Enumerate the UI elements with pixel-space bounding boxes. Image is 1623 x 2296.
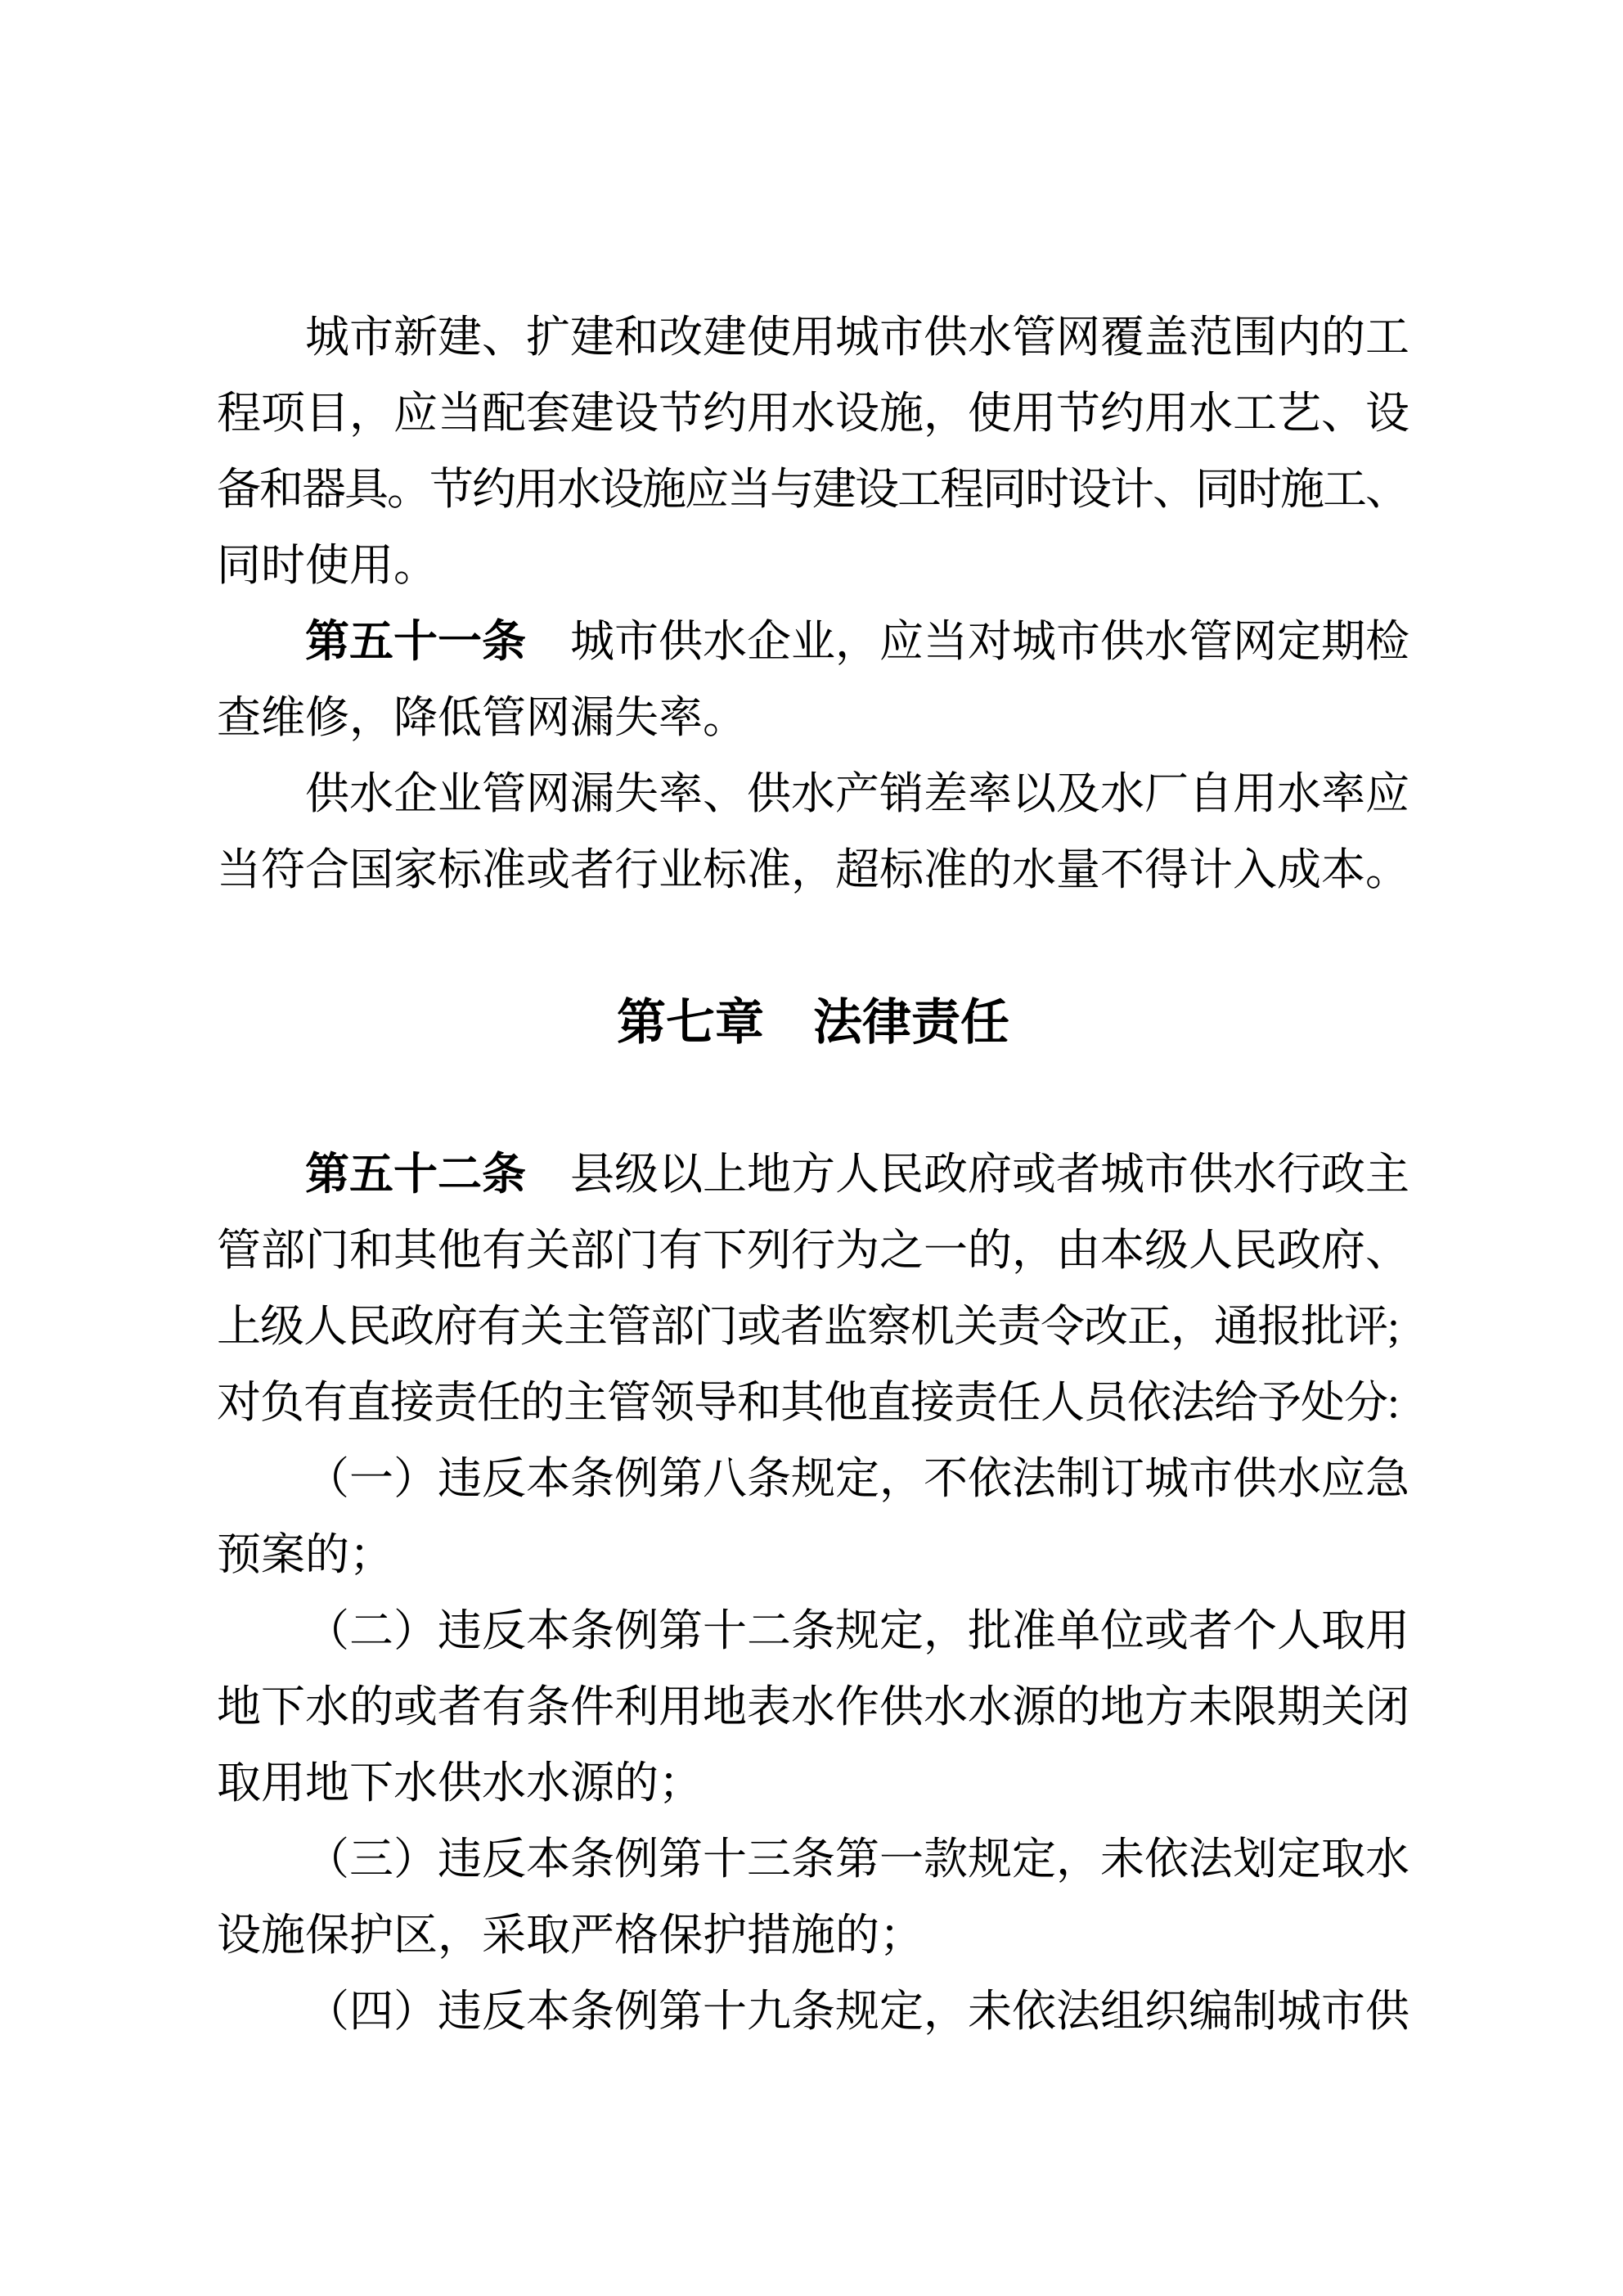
text-line: 取用地下水供水水源的； bbox=[217, 1745, 1409, 1821]
text-line: 同时使用。 bbox=[217, 528, 1409, 604]
text-line: （三）违反本条例第十三条第一款规定，未依法划定取水 bbox=[217, 1821, 1409, 1898]
line-text: 查维修，降低管网漏失率。 bbox=[217, 693, 747, 742]
text-line: 对负有直接责任的主管领导和其他直接责任人员依法给予处分: bbox=[217, 1365, 1409, 1441]
text-line: 设施保护区，采取严格保护措施的； bbox=[217, 1898, 1409, 1974]
line-text: 当符合国家标准或者行业标准，超标准的水量不得计入成本。 bbox=[217, 845, 1409, 894]
text-line: （一）违反本条例第八条规定，不依法制订城市供水应急 bbox=[217, 1441, 1409, 1517]
article-number: 第五十一条 bbox=[305, 617, 526, 666]
text-line: 地下水的或者有条件利用地表水作供水水源的地方未限期关闭 bbox=[217, 1669, 1409, 1745]
line-text: 程项目，应当配套建设节约用水设施，使用节约用水工艺、设 bbox=[217, 389, 1409, 438]
line-text: 备和器具。节约用水设施应当与建设工程同时设计、同时施工、 bbox=[217, 465, 1408, 514]
text-line bbox=[217, 908, 1409, 984]
document-page: { "document": { "language": "zh-CN", "ch… bbox=[0, 0, 1623, 2296]
text-line: （二）违反本条例第十二条规定，批准单位或者个人取用 bbox=[217, 1593, 1409, 1669]
line-text: 城市新建、扩建和改建使用城市供水管网覆盖范围内的工 bbox=[305, 313, 1409, 362]
text-line bbox=[217, 1060, 1409, 1137]
text-line: 供水企业管网漏失率、供水产销差率以及水厂自用水率应 bbox=[217, 756, 1409, 832]
text-line: 第五十二条县级以上地方人民政府或者城市供水行政主 bbox=[217, 1137, 1409, 1213]
text-line: 程项目，应当配套建设节约用水设施，使用节约用水工艺、设 bbox=[217, 376, 1409, 452]
text-block: 城市新建、扩建和改建使用城市供水管网覆盖范围内的工程项目，应当配套建设节约用水设… bbox=[217, 299, 1409, 2050]
line-text: 地下水的或者有条件利用地表水作供水水源的地方未限期关闭 bbox=[217, 1682, 1409, 1731]
line-text: （二）违反本条例第十二条规定，批准单位或者个人取用 bbox=[305, 1606, 1409, 1655]
line-text: 设施保护区，采取严格保护措施的； bbox=[217, 1911, 924, 1960]
text-line: 预案的； bbox=[217, 1517, 1409, 1593]
line-text: 第七章 法律责任 bbox=[617, 995, 1009, 1050]
line-text: 管部门和其他有关部门有下列行为之一的，由本级人民政府、 bbox=[217, 1226, 1409, 1275]
text-line: （四）违反本条例第十九条规定，未依法组织编制城市供 bbox=[217, 1974, 1409, 2050]
line-text: 取用地下水供水水源的； bbox=[217, 1758, 703, 1808]
article-number: 第五十二条 bbox=[305, 1150, 526, 1199]
line-text: 预案的； bbox=[217, 1530, 393, 1579]
text-line: 城市新建、扩建和改建使用城市供水管网覆盖范围内的工 bbox=[217, 299, 1409, 376]
line-text: 供水企业管网漏失率、供水产销差率以及水厂自用水率应 bbox=[305, 769, 1409, 818]
chapter-heading: 第七章 法律责任 bbox=[217, 984, 1409, 1060]
text-line: 第五十一条城市供水企业，应当对城市供水管网定期检 bbox=[217, 604, 1409, 680]
line-text: （一）违反本条例第八条规定，不依法制订城市供水应急 bbox=[305, 1454, 1409, 1503]
line-text: 城市供水企业，应当对城市供水管网定期检 bbox=[570, 617, 1409, 666]
text-line: 备和器具。节约用水设施应当与建设工程同时设计、同时施工、 bbox=[217, 452, 1409, 528]
line-text: （三）违反本条例第十三条第一款规定，未依法划定取水 bbox=[305, 1835, 1409, 1884]
text-line: 管部门和其他有关部门有下列行为之一的，由本级人民政府、 bbox=[217, 1213, 1409, 1289]
line-text: 对负有直接责任的主管领导和其他直接责任人员依法给予处分: bbox=[217, 1378, 1399, 1427]
text-line: 查维修，降低管网漏失率。 bbox=[217, 680, 1409, 756]
line-text: 县级以上地方人民政府或者城市供水行政主 bbox=[570, 1150, 1409, 1199]
text-line: 上级人民政府有关主管部门或者监察机关责令改正，通报批评; bbox=[217, 1289, 1409, 1365]
line-text: 同时使用。 bbox=[217, 541, 438, 590]
line-text: （四）违反本条例第十九条规定，未依法组织编制城市供 bbox=[305, 1987, 1409, 2036]
line-text: 上级人民政府有关主管部门或者监察机关责令改正，通报批评; bbox=[217, 1302, 1399, 1351]
text-line: 当符合国家标准或者行业标准，超标准的水量不得计入成本。 bbox=[217, 832, 1409, 908]
